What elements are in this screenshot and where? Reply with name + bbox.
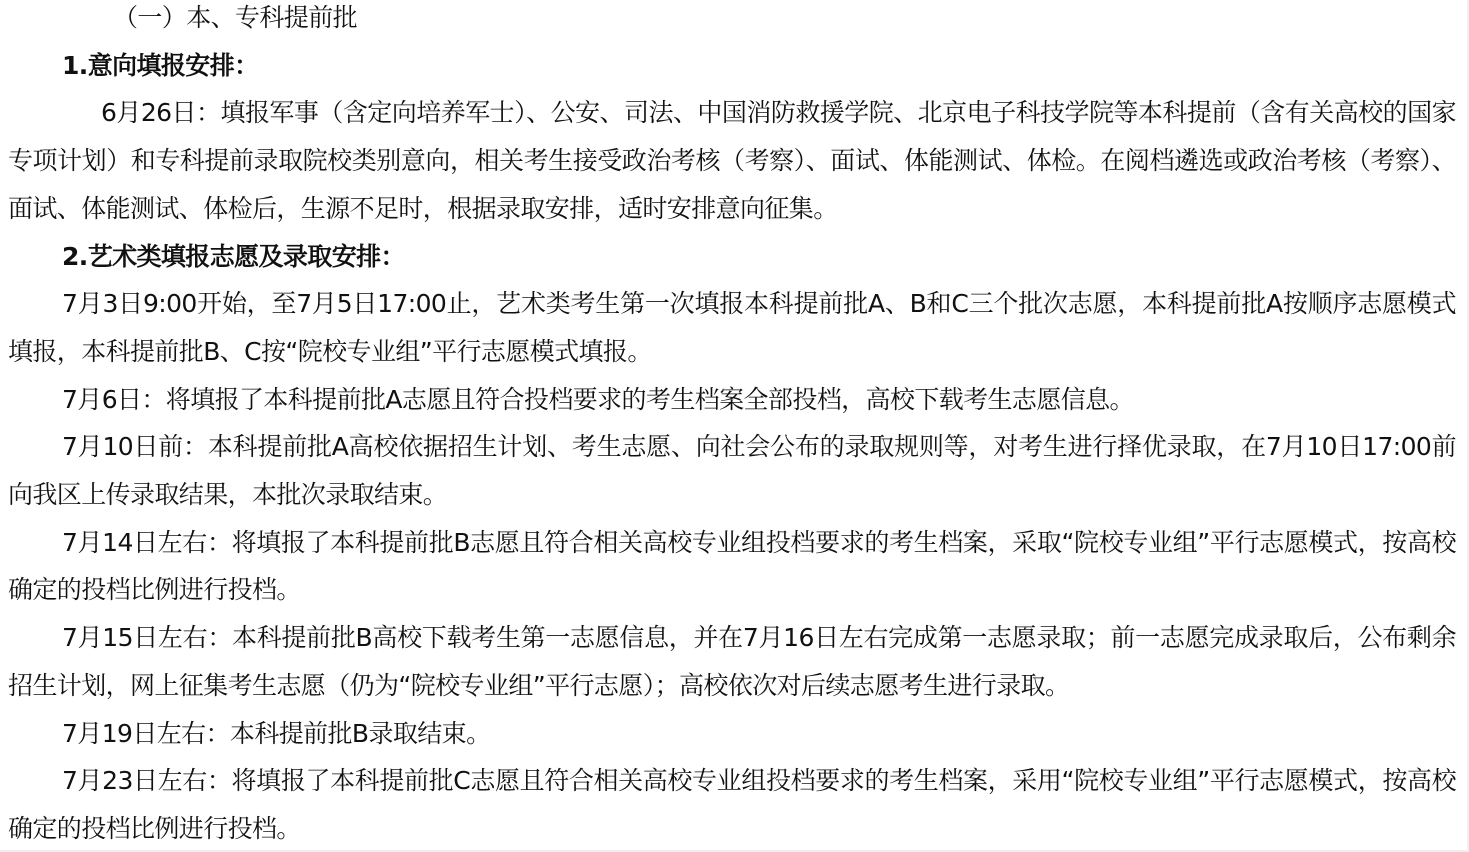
paragraph-art-0723: 7月23日左右：将填报了本科提前批C志愿且符合相关高校专业组投档要求的考生档案，… bbox=[8, 757, 1456, 852]
paragraph-art-0714: 7月14日左右：将填报了本科提前批B志愿且符合相关高校专业组投档要求的考生档案，… bbox=[8, 519, 1456, 614]
paragraph-art-0706: 7月6日：将填报了本科提前批A志愿且符合投档要求的考生档案全部投档，高校下载考生… bbox=[8, 376, 1456, 424]
subsection-heading-art: 2.艺术类填报志愿及录取安排： bbox=[8, 233, 1456, 281]
subsection-heading-intent: 1.意向填报安排： bbox=[8, 42, 1456, 90]
paragraph-art-0703: 7月3日9:00开始，至7月5日17:00止，艺术类考生第一次填报本科提前批A、… bbox=[8, 280, 1456, 375]
document-body: （一）本、专科提前批 1.意向填报安排： 6月26日：填报军事（含定向培养军士）… bbox=[0, 0, 1469, 852]
section-title: （一）本、专科提前批 bbox=[8, 0, 1456, 42]
paragraph-art-0715: 7月15日左右：本科提前批B高校下载考生第一志愿信息，并在7月16日左右完成第一… bbox=[8, 614, 1456, 709]
paragraph-intent-0626: 6月26日：填报军事（含定向培养军士）、公安、司法、中国消防救援学院、北京电子科… bbox=[8, 89, 1456, 232]
paragraph-art-0710: 7月10日前：本科提前批A高校依据招生计划、考生志愿、向社会公布的录取规则等，对… bbox=[8, 423, 1456, 518]
paragraph-art-0719: 7月19日左右：本科提前批B录取结束。 bbox=[8, 710, 1456, 758]
